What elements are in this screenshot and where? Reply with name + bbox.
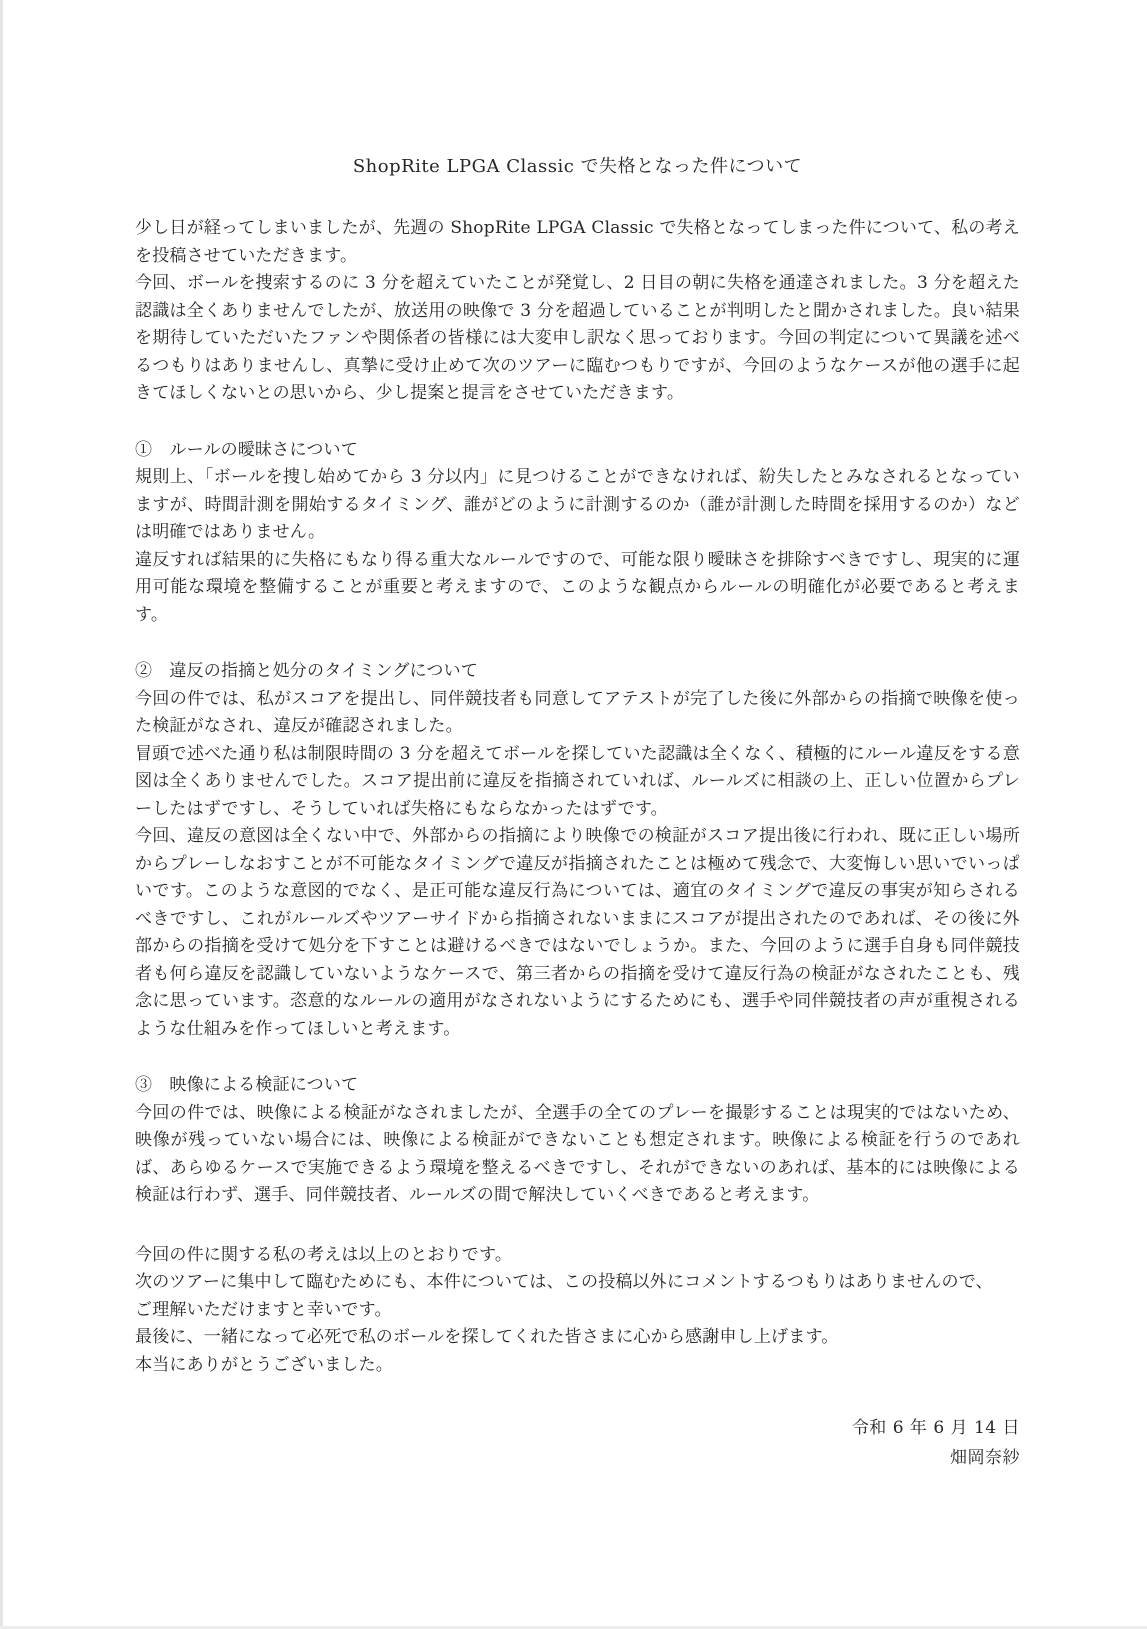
- closing-line: 次のツアーに集中して臨むためにも、本件については、この投稿以外にコメントするつも…: [135, 1269, 1020, 1297]
- closing-line: 最後に、一緒になって必死で私のボールを探してくれた皆さまに心から感謝申し上げます…: [135, 1324, 1020, 1352]
- section-paragraphs: 今回の件では、映像による検証がなされましたが、全選手の全てのプレーを撮影すること…: [135, 1100, 1020, 1210]
- section-heading: ② 違反の指摘と処分のタイミングについて: [135, 658, 1020, 686]
- paragraph: 今回、ボールを捜索するのに 3 分を超えていたことが発覚し、2 日目の朝に失格を…: [135, 270, 1020, 408]
- closing-line: 今回の件に関する私の考えは以上のとおりです。: [135, 1242, 1020, 1270]
- paragraph: 違反すれば結果的に失格にもなり得る重大なルールですので、可能な限り曖昧さを排除す…: [135, 547, 1020, 630]
- page-left-edge: [0, 0, 3, 1629]
- section-paragraphs: 規則上、「ボールを捜し始めてから 3 分以内」に見つけることができなければ、紛失…: [135, 464, 1020, 629]
- paragraph: 規則上、「ボールを捜し始めてから 3 分以内」に見つけることができなければ、紛失…: [135, 464, 1020, 547]
- document-title: ShopRite LPGA Classic で失格となった件について: [135, 153, 1020, 181]
- section-heading: ① ルールの曖昧さについて: [135, 437, 1020, 465]
- section: ① ルールの曖昧さについて 規則上、「ボールを捜し始めてから 3 分以内」に見つ…: [135, 437, 1020, 630]
- closing-line: ご理解いただけますと幸いです。: [135, 1297, 1020, 1325]
- signature: 畑岡奈紗: [135, 1443, 1020, 1473]
- document-date: 令和 6 年 6 月 14 日: [135, 1413, 1020, 1443]
- paragraph: 冒頭で述べた通り私は制限時間の 3 分を超えてボールを探していた認識は全くなく、…: [135, 741, 1020, 824]
- paragraph: 今回の件では、私がスコアを提出し、同伴競技者も同意してアテストが完了した後に外部…: [135, 686, 1020, 741]
- sections-container: ① ルールの曖昧さについて 規則上、「ボールを捜し始めてから 3 分以内」に見つ…: [135, 437, 1020, 1210]
- closing-block: 今回の件に関する私の考えは以上のとおりです。次のツアーに集中して臨むためにも、本…: [135, 1242, 1020, 1380]
- date-signature-block: 令和 6 年 6 月 14 日 畑岡奈紗: [135, 1413, 1020, 1473]
- section-heading: ③ 映像による検証について: [135, 1072, 1020, 1100]
- intro-block: 少し日が経ってしまいましたが、先週の ShopRite LPGA Classic…: [135, 215, 1020, 408]
- document-page: ShopRite LPGA Classic で失格となった件について 少し日が経…: [0, 0, 1147, 1629]
- section: ③ 映像による検証について 今回の件では、映像による検証がなされましたが、全選手…: [135, 1072, 1020, 1210]
- paragraph: 今回、違反の意図は全くない中で、外部からの指摘により映像での検証がスコア提出後に…: [135, 823, 1020, 1043]
- paragraph: 少し日が経ってしまいましたが、先週の ShopRite LPGA Classic…: [135, 215, 1020, 270]
- section: ② 違反の指摘と処分のタイミングについて 今回の件では、私がスコアを提出し、同伴…: [135, 658, 1020, 1043]
- section-paragraphs: 今回の件では、私がスコアを提出し、同伴競技者も同意してアテストが完了した後に外部…: [135, 686, 1020, 1044]
- paragraph: 今回の件では、映像による検証がなされましたが、全選手の全てのプレーを撮影すること…: [135, 1100, 1020, 1210]
- closing-line: 本当にありがとうございました。: [135, 1352, 1020, 1380]
